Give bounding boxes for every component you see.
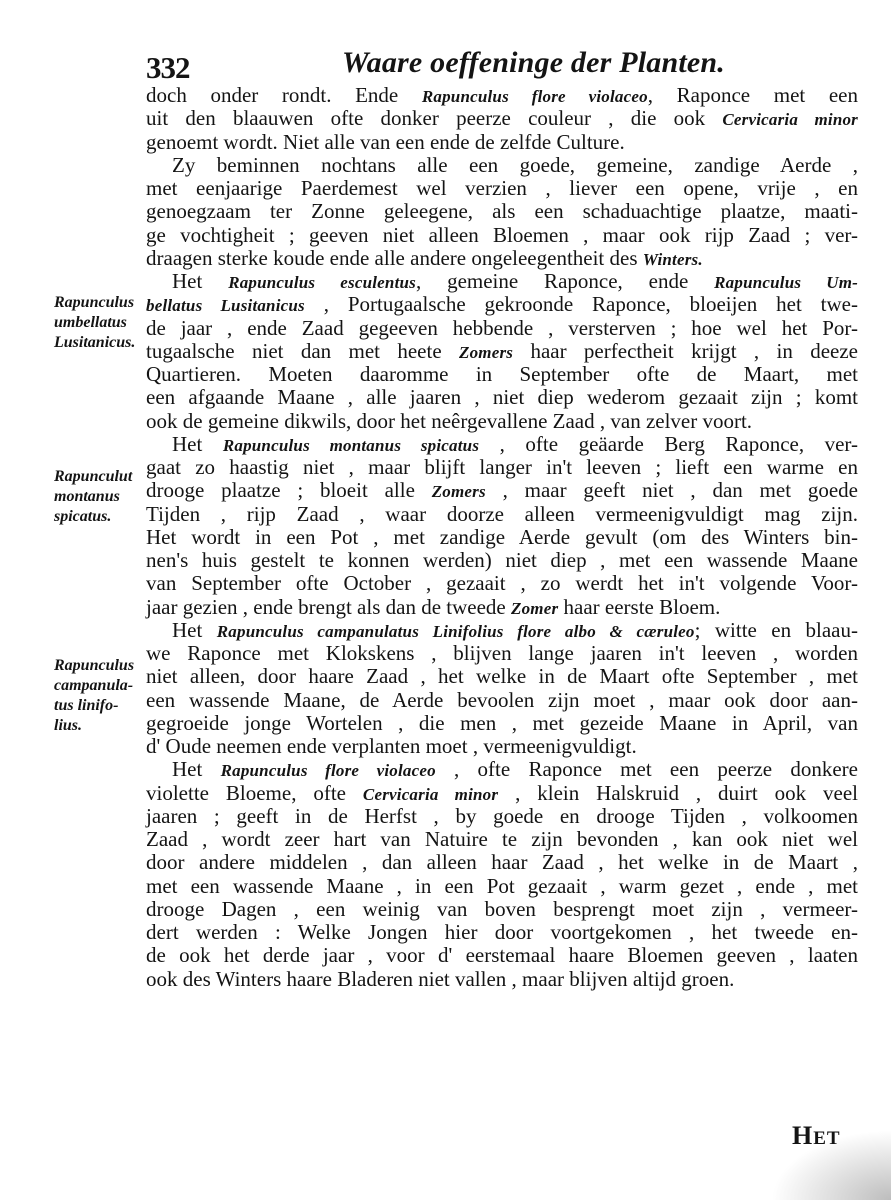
- text-run: , maar geeft niet , dan met goede: [486, 478, 858, 502]
- text-run: een wassende Maane, de Aerde bevoolen zi…: [146, 688, 858, 712]
- text-run: Zaad , wordt zeer hart van Natuire te zi…: [146, 827, 858, 851]
- margin-note-line: lius.: [54, 716, 148, 736]
- margin-note-line: campanula-: [54, 676, 148, 696]
- catchword-rest: ET: [813, 1128, 840, 1149]
- text-line: bellatus Lusitanicus , Portugaalsche gek…: [146, 293, 858, 316]
- text-run: drooge Dagen , een weinig van boven besp…: [146, 897, 858, 921]
- text-run: uit den blaauwen ofte donker peerze coul…: [146, 106, 722, 130]
- text-run: door andere middelen , dan alleen haar Z…: [146, 850, 858, 874]
- text-line: jaaren ; geeft in de Herfst , by goede e…: [146, 805, 858, 828]
- text-run: , gemeine Raponce, ende: [416, 269, 714, 293]
- text-run: Zy beminnen nochtans alle een goede, gem…: [172, 153, 858, 177]
- text-run: , Portugaalsche gekroonde Raponce, bloei…: [305, 292, 858, 316]
- latin-name: Zomers: [432, 482, 486, 501]
- text-run: ge vochtigheit ; geeven niet alleen Bloe…: [146, 223, 858, 247]
- margin-note-line: Rapunculus: [54, 656, 148, 676]
- text-line: Het Rapunculus montanus spicatus , ofte …: [146, 433, 858, 456]
- text-run: dert werden : Welke Jongen hier door voo…: [146, 920, 858, 944]
- text-run: haar eerste Bloem.: [558, 595, 720, 619]
- text-run: gegroeide jonge Wortelen , die men , met…: [146, 711, 858, 735]
- text-line: van September ofte October , gezaait , z…: [146, 572, 858, 595]
- text-line: door andere middelen , dan alleen haar Z…: [146, 851, 858, 874]
- text-line: gaat zo haastig niet , maar blijft lange…: [146, 456, 858, 479]
- text-line: Het Rapunculus campanulatus Linifolius f…: [146, 619, 858, 642]
- margin-note-line: Lusitanicus.: [54, 333, 148, 353]
- margin-note-campanulatus: Rapunculus campanula- tus linifo- lius.: [54, 656, 148, 736]
- text-run: Het: [172, 432, 223, 456]
- text-run: Het wordt in een Pot , met zandige Aerde…: [146, 525, 858, 549]
- text-line: drooge Dagen , een weinig van boven besp…: [146, 898, 858, 921]
- text-run: ook des Winters haare Bladeren niet vall…: [146, 967, 734, 991]
- page-number: 332: [146, 50, 190, 86]
- latin-name: bellatus Lusitanicus: [146, 296, 305, 315]
- margin-note-montanus: Rapunculut montanus spicatus.: [54, 467, 148, 527]
- text-line: genoegzaam ter Zonne geleegene, als een …: [146, 200, 858, 223]
- text-line: doch onder rondt. Ende Rapunculus flore …: [146, 84, 858, 107]
- text-line: ook de gemeine dikwils, door het neêrgev…: [146, 410, 858, 433]
- body-text: doch onder rondt. Ende Rapunculus flore …: [146, 84, 858, 991]
- latin-name: Rapunculus montanus spicatus: [223, 436, 479, 455]
- text-line: Het wordt in een Pot , met zandige Aerde…: [146, 526, 858, 549]
- text-line: een afgaande Maane , alle jaaren , niet …: [146, 386, 858, 409]
- text-run: we Raponce met Klokskens , blijven lange…: [146, 641, 858, 665]
- text-run: de ook het derde jaar , voor d' eerstema…: [146, 943, 858, 967]
- text-run: met eenjaarige Paerdemest wel verzien , …: [146, 176, 858, 200]
- text-run: Het: [172, 618, 217, 642]
- text-line: Het Rapunculus flore violaceo , ofte Rap…: [146, 758, 858, 781]
- text-line: nen's huis gestelt te konnen werden) nie…: [146, 549, 858, 572]
- text-run: violette Bloeme, ofte: [146, 781, 363, 805]
- text-run: genoegzaam ter Zonne geleegene, als een …: [146, 199, 858, 223]
- text-run: niet alleen, door haare Zaad , het welke…: [146, 664, 858, 688]
- text-line: tugaalsche niet dan met heete Zomers haa…: [146, 340, 858, 363]
- text-line: drooge plaatze ; bloeit alle Zomers , ma…: [146, 479, 858, 502]
- text-line: gegroeide jonge Wortelen , die men , met…: [146, 712, 858, 735]
- latin-name: Rapunculus esculentus: [228, 273, 416, 292]
- text-line: ge vochtigheit ; geeven niet alleen Bloe…: [146, 224, 858, 247]
- margin-note-line: montanus: [54, 487, 148, 507]
- text-run: met een wassende Maane , in een Pot geza…: [146, 874, 858, 898]
- latin-name: Rapunculus flore violaceo: [221, 761, 436, 780]
- text-run: een afgaande Maane , alle jaaren , niet …: [146, 385, 858, 409]
- text-run: Tijden , rijp Zaad , waar doorze alleen …: [146, 502, 858, 526]
- latin-name: Rapunculus Um-: [714, 273, 858, 292]
- text-run: jaaren ; geeft in de Herfst , by goede e…: [146, 804, 858, 828]
- text-run: ook de gemeine dikwils, door het neêrgev…: [146, 409, 752, 433]
- latin-name: Rapunculus campanulatus Linifolius flore…: [217, 622, 695, 641]
- text-run: Het: [172, 269, 228, 293]
- text-run: , Raponce met een: [648, 83, 858, 107]
- text-line: d' Oude neemen ende verplanten moet , ve…: [146, 735, 858, 758]
- text-run: Het: [172, 757, 221, 781]
- text-line: draagen sterke koude ende alle andere on…: [146, 247, 858, 270]
- book-page: 332 Waare oeffeninge der Planten. Rapunc…: [0, 0, 891, 1200]
- latin-name: Winters.: [643, 250, 703, 269]
- text-run: , ofte Raponce met een peerze donkere: [436, 757, 858, 781]
- text-run: de jaar , ende Zaad gegeeven hebbende , …: [146, 316, 858, 340]
- text-line: genoemt wordt. Niet alle van een ende de…: [146, 131, 858, 154]
- text-line: de ook het derde jaar , voor d' eerstema…: [146, 944, 858, 967]
- text-run: haar perfectheit krijgt , in deeze: [513, 339, 858, 363]
- text-line: dert werden : Welke Jongen hier door voo…: [146, 921, 858, 944]
- text-line: Zy beminnen nochtans alle een goede, gem…: [146, 154, 858, 177]
- text-line: uit den blaauwen ofte donker peerze coul…: [146, 107, 858, 130]
- text-run: jaar gezien , ende brengt als dan de twe…: [146, 595, 511, 619]
- text-run: d' Oude neemen ende verplanten moet , ve…: [146, 734, 637, 758]
- text-run: genoemt wordt. Niet alle van een ende de…: [146, 130, 625, 154]
- text-line: niet alleen, door haare Zaad , het welke…: [146, 665, 858, 688]
- latin-name: Cervicaria minor: [363, 785, 498, 804]
- text-line: ook des Winters haare Bladeren niet vall…: [146, 968, 858, 991]
- text-line: met een wassende Maane , in een Pot geza…: [146, 875, 858, 898]
- margin-note-line: spicatus.: [54, 507, 148, 527]
- running-head: Waare oeffeninge der Planten.: [342, 46, 725, 80]
- margin-note-line: Rapunculut: [54, 467, 148, 487]
- text-line: Tijden , rijp Zaad , waar doorze alleen …: [146, 503, 858, 526]
- text-run: gaat zo haastig niet , maar blijft lange…: [146, 455, 858, 479]
- catchword: HET: [792, 1121, 841, 1151]
- latin-name: Cervicaria minor: [722, 110, 858, 129]
- text-line: een wassende Maane, de Aerde bevoolen zi…: [146, 689, 858, 712]
- text-run: nen's huis gestelt te konnen werden) nie…: [146, 548, 858, 572]
- text-line: violette Bloeme, ofte Cervicaria minor ,…: [146, 782, 858, 805]
- text-run: tugaalsche niet dan met heete: [146, 339, 459, 363]
- text-run: Quartieren. Moeten daaromme in September…: [146, 362, 858, 386]
- margin-note-line: tus linifo-: [54, 696, 148, 716]
- text-line: met eenjaarige Paerdemest wel verzien , …: [146, 177, 858, 200]
- text-run: draagen sterke koude ende alle andere on…: [146, 246, 643, 270]
- text-line: we Raponce met Klokskens , blijven lange…: [146, 642, 858, 665]
- margin-note-line: umbellatus: [54, 313, 148, 333]
- text-run: ; witte en blaau-: [695, 618, 858, 642]
- text-line: jaar gezien , ende brengt als dan de twe…: [146, 596, 858, 619]
- text-run: drooge plaatze ; bloeit alle: [146, 478, 432, 502]
- text-line: Zaad , wordt zeer hart van Natuire te zi…: [146, 828, 858, 851]
- latin-name: Zomers: [459, 343, 513, 362]
- margin-note-line: Rapunculus: [54, 293, 148, 313]
- text-run: doch onder rondt. Ende: [146, 83, 422, 107]
- text-line: de jaar , ende Zaad gegeeven hebbende , …: [146, 317, 858, 340]
- latin-name: Zomer: [511, 599, 558, 618]
- text-run: van September ofte October , gezaait , z…: [146, 571, 858, 595]
- text-run: , klein Halskruid , duirt ook veel: [498, 781, 858, 805]
- margin-note-umbellatus: Rapunculus umbellatus Lusitanicus.: [54, 293, 148, 353]
- text-line: Quartieren. Moeten daaromme in September…: [146, 363, 858, 386]
- text-line: Het Rapunculus esculentus, gemeine Rapon…: [146, 270, 858, 293]
- catchword-initial: H: [792, 1121, 813, 1150]
- latin-name: Rapunculus flore violaceo: [422, 87, 648, 106]
- text-run: , ofte geäarde Berg Raponce, ver-: [479, 432, 858, 456]
